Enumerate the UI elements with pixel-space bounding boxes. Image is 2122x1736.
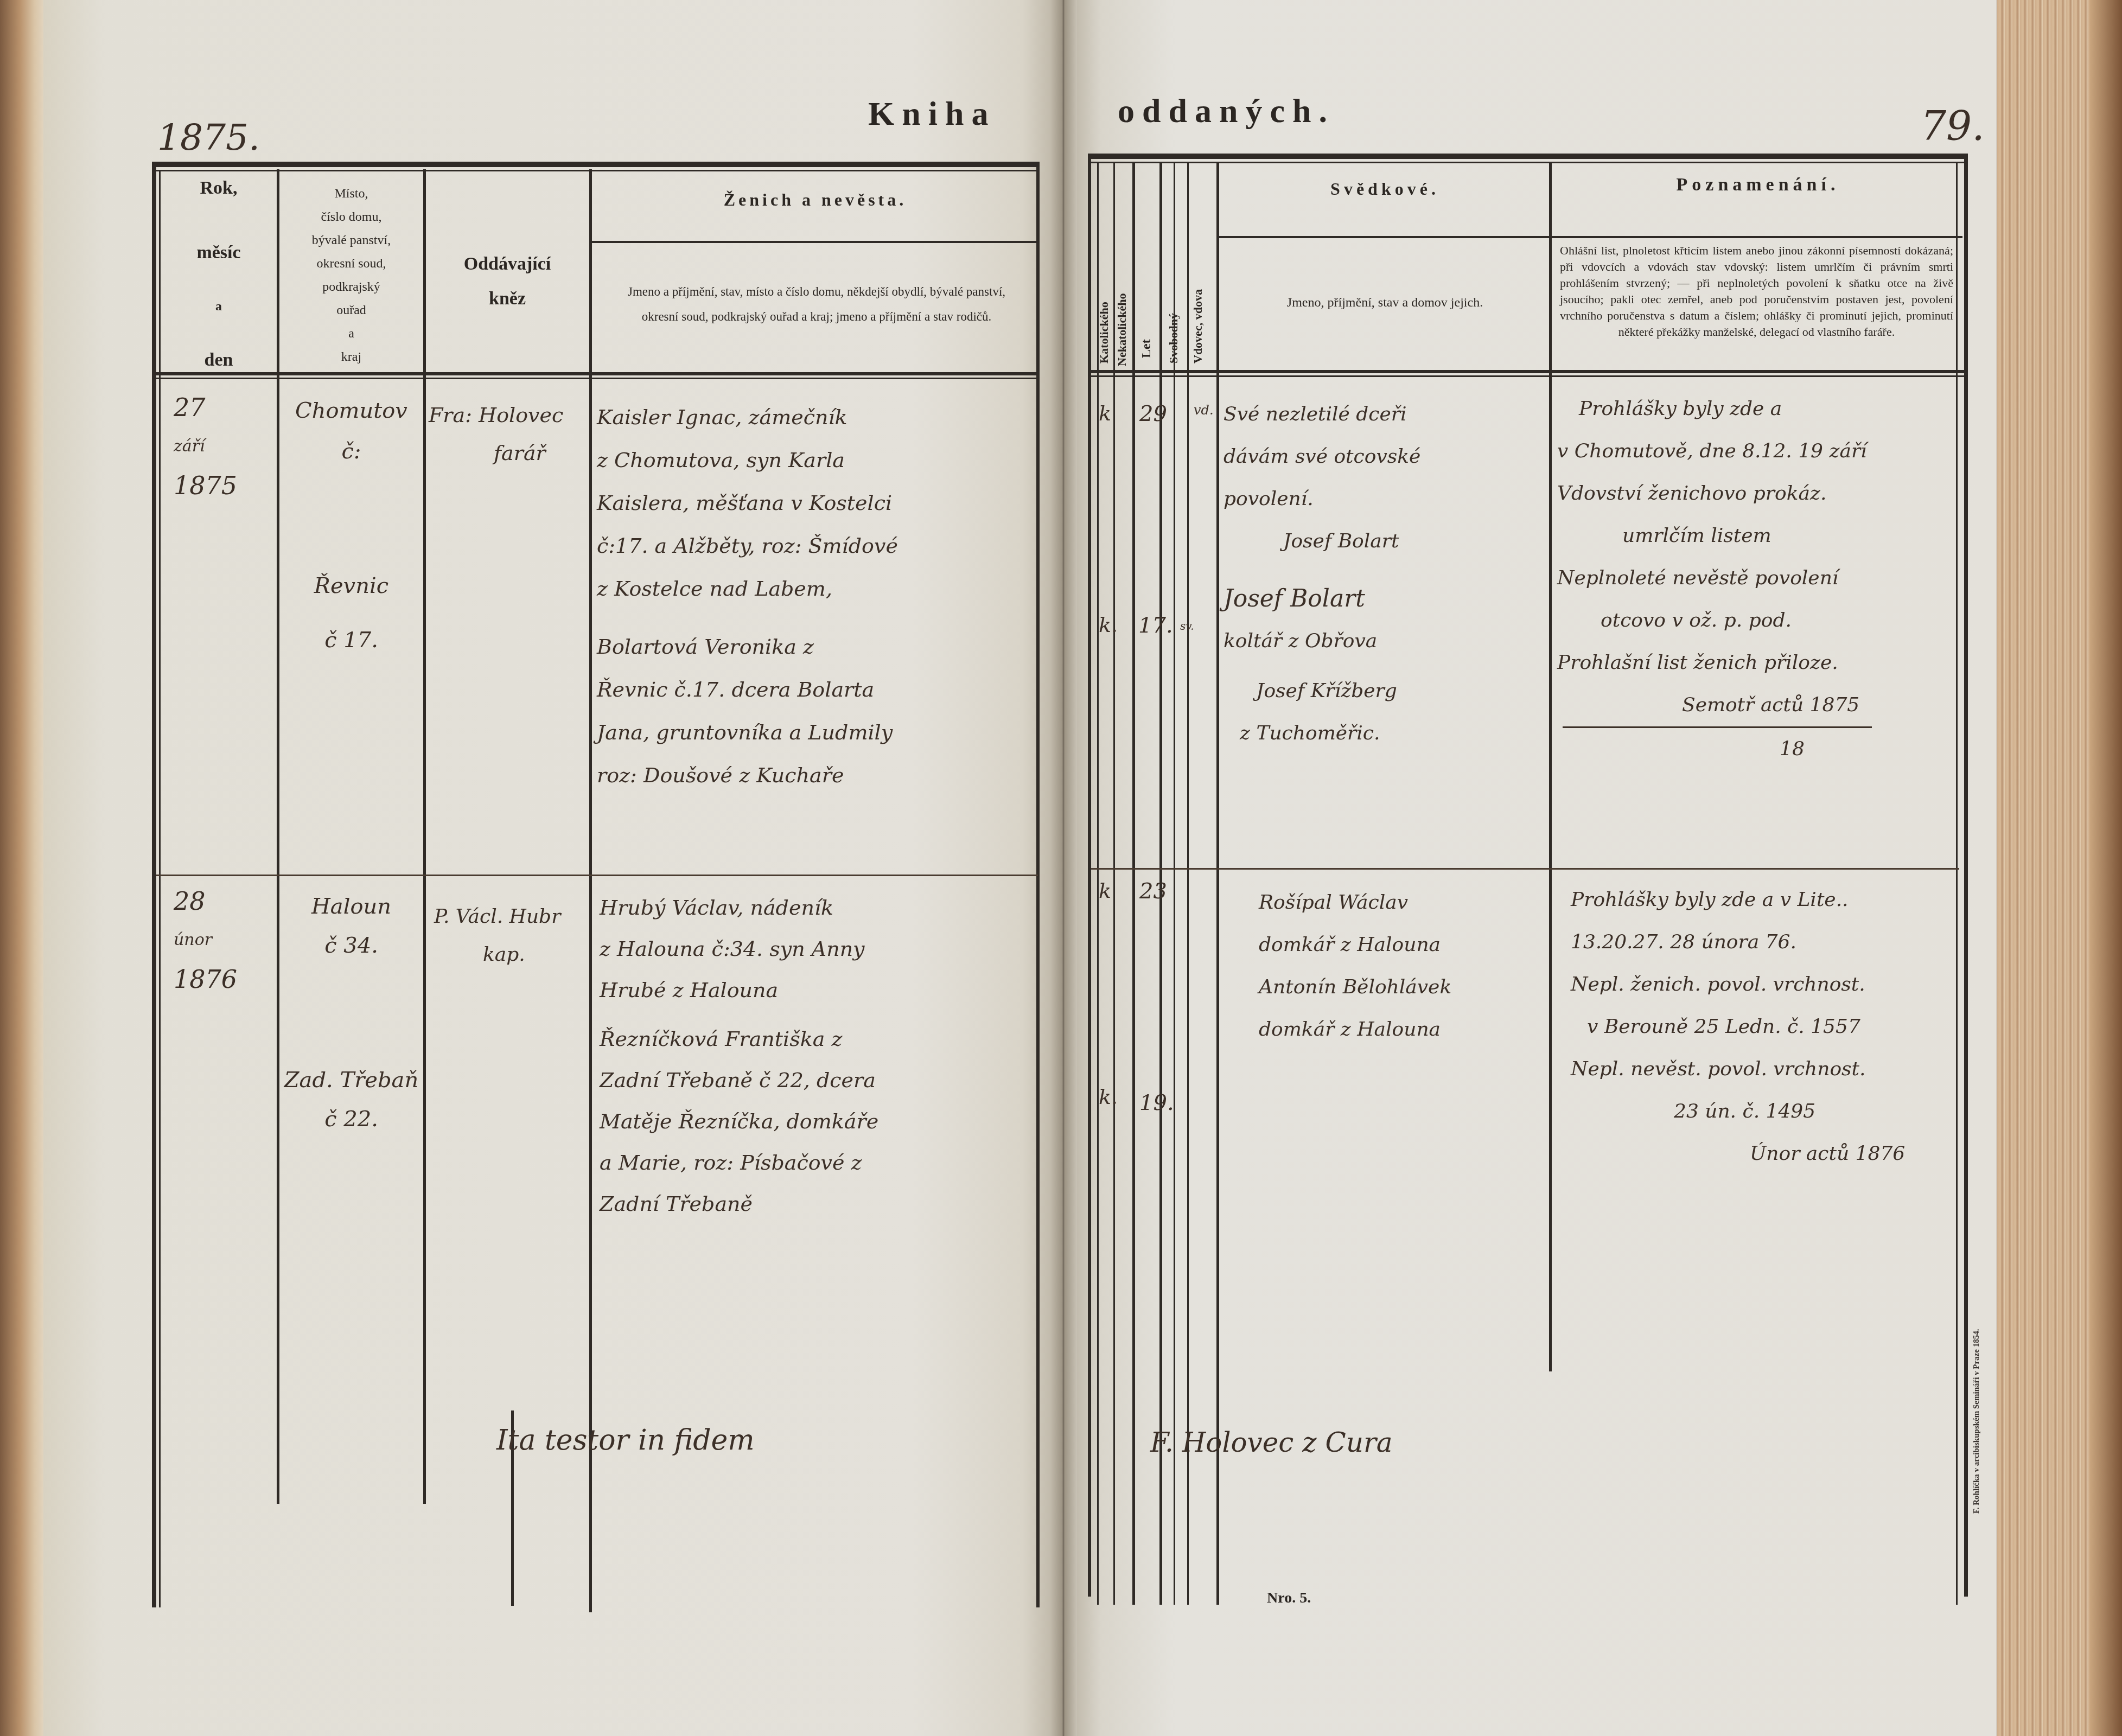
row1-place-bride: Řevnic č 17.: [282, 559, 420, 667]
signature-right: F. Holovec z Cura: [1150, 1427, 1393, 1458]
row2-bride-religion: k.: [1099, 1085, 1118, 1109]
row2-place-groom: Haloun č 34.: [282, 887, 420, 965]
header-couple-title: Ženich a nevěsta.: [594, 190, 1036, 210]
header-priest: Oddávající kněz: [426, 247, 589, 316]
row1-bride-status: sv.: [1180, 620, 1194, 633]
row1-notes: Prohlášky byly zde a v Chomutově, dne 8.…: [1557, 388, 1959, 770]
form-number: Nro. 5.: [1267, 1590, 1311, 1607]
header-non-catholic: Nekatolického: [1115, 260, 1129, 366]
signature-left: Ita testor in fidem: [496, 1424, 755, 1457]
header-and: a: [161, 300, 277, 313]
header-witnesses-title: Svědkové.: [1221, 179, 1549, 199]
row2-witnesses: Rošípal Wáclav domkář z Halouna Antonín …: [1259, 882, 1546, 1051]
book-title-left: Kniha: [868, 95, 996, 133]
header-witnesses-subtitle: Jmeno, příjmění, stav a domov jejich.: [1221, 293, 1549, 312]
header-notes-subtitle: Ohlášní list, plnoletost křticím listem …: [1560, 242, 1953, 340]
row1-groom-religion: k: [1099, 401, 1111, 425]
row1-groom-age: 29: [1139, 401, 1167, 426]
row1-bride-religion: k.: [1099, 613, 1118, 637]
header-catholic: Katolického: [1097, 255, 1111, 363]
header-single: Svobodný: [1167, 293, 1181, 363]
year-handwritten: 1875.: [157, 117, 260, 158]
row2-notes: Prohlášky byly zde a v Lite.. 13.20.27. …: [1571, 879, 1961, 1175]
row2-place-bride: Zad. Třebaň č 22.: [282, 1061, 420, 1139]
page-number: 79.: [1921, 103, 1985, 150]
row1-place-groom: Chomutov č:: [282, 391, 420, 472]
row2-date: 28 únor 1876: [174, 882, 274, 999]
header-couple-subtitle: Jmeno a příjmění, stav, místo a číslo do…: [610, 279, 1023, 329]
header-year: Rok,: [161, 179, 277, 197]
row2-bride-age: 19.: [1139, 1090, 1174, 1115]
row2-priest: P. Václ. Hubr kap.: [434, 898, 589, 974]
header-age: Let: [1139, 304, 1154, 358]
book-gutter: [1050, 0, 1077, 1736]
row1-groom-status: vd.: [1194, 403, 1214, 418]
row1-bride-age: 17.: [1138, 613, 1173, 638]
header-month: měsíc: [161, 244, 277, 262]
header-day: den: [161, 351, 277, 369]
row1-witnesses: Své nezletilé dceři dávám své otcovské p…: [1224, 393, 1549, 755]
header-widowed: Vdovec, vdova: [1191, 255, 1205, 363]
book-cover-edge: [2089, 0, 2122, 1736]
row1-date: 27 září 1875: [174, 388, 274, 505]
row2-groom-religion: k: [1099, 879, 1111, 903]
book-title-right: oddaných.: [1118, 92, 1335, 131]
header-place: Místo, číslo domu, bývalé panství, okres…: [279, 182, 423, 369]
book-left-edge: [0, 0, 49, 1736]
printer-imprint: F. Rohlíčka v arcibiskupském Semináři v …: [1972, 1231, 1981, 1514]
header-notes-title: Poznamenání.: [1552, 175, 1964, 195]
row1-priest: Fra: Holovec farář: [429, 396, 591, 472]
row2-couple: Hrubý Václav, nádeník z Halouna č:34. sy…: [600, 887, 1034, 1224]
row2-groom-age: 23: [1139, 879, 1167, 904]
row1-couple: Kaisler Ignac, zámečník z Chomutova, syn…: [597, 396, 1031, 797]
